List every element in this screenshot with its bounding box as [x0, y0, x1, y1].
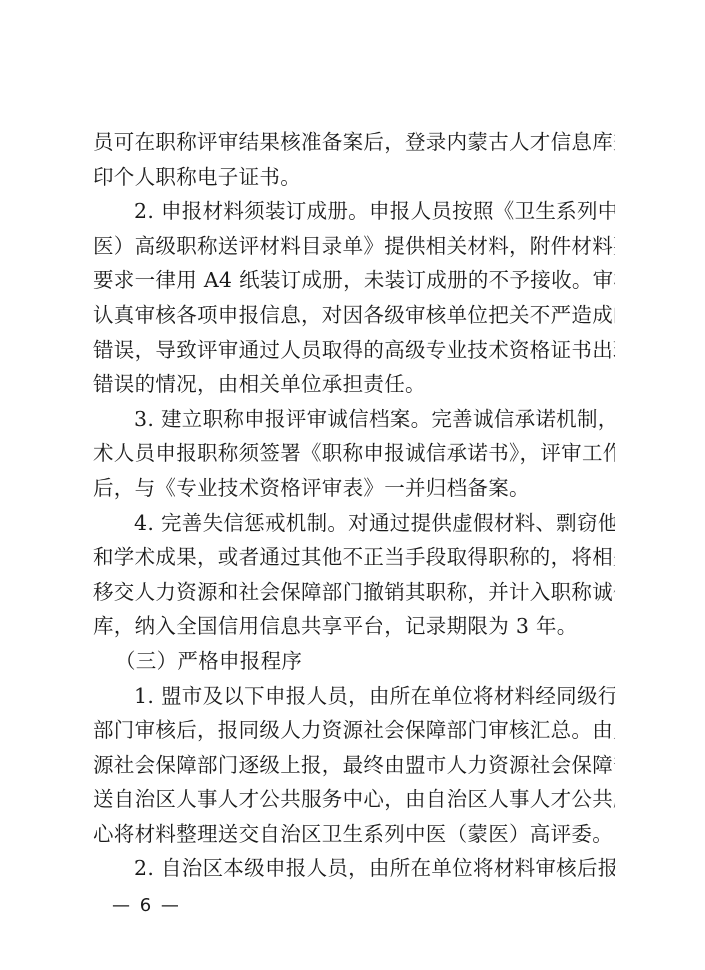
paragraph-line: 心将材料整理送交自治区卫生系列中医（蒙医）高评委。	[93, 817, 615, 852]
paragraph-line: 错误，导致评审通过人员取得的高级专业技术资格证书出现信息	[93, 333, 615, 368]
paragraph-line: 要求一律用 A4 纸装订成册，未装订成册的不予接收。审核单位需	[93, 263, 615, 298]
paragraph-line: 员可在职称评审结果核准备案后，登录内蒙古人才信息库查询打	[93, 125, 615, 160]
paragraph-line: 认真审核各项申报信息，对因各级审核单位把关不严造成的信息	[93, 298, 615, 333]
paragraph-line: 错误的情况，由相关单位承担责任。	[93, 367, 615, 402]
document-page: 员可在职称评审结果核准备案后，登录内蒙古人才信息库查询打 印个人职称电子证书。 …	[93, 125, 615, 886]
paragraph-line: 3. 建立职称申报评审诚信档案。完善诚信承诺机制，专业技	[93, 402, 615, 437]
paragraph-line: 源社会保障部门逐级上报，最终由盟市人力资源社会保障部门报	[93, 748, 615, 783]
paragraph-line: 移交人力资源和社会保障部门撤销其职称，并计入职称诚信档案	[93, 575, 615, 610]
paragraph-line: 后，与《专业技术资格评审表》一并归档备案。	[93, 471, 615, 506]
paragraph-line: 2. 申报材料须装订成册。申报人员按照《卫生系列中医（蒙	[93, 194, 615, 229]
page-number: — 6 —	[112, 895, 181, 916]
paragraph-line: 印个人职称电子证书。	[93, 160, 615, 195]
paragraph-line: 库，纳入全国信用信息共享平台，记录期限为 3 年。	[93, 609, 615, 644]
paragraph-line: 术人员申报职称须签署《职称申报诚信承诺书》，评审工作结束	[93, 436, 615, 471]
paragraph-line: 2. 自治区本级申报人员，由所在单位将材料审核后报送行业	[93, 851, 615, 886]
paragraph-line: 和学术成果，或者通过其他不正当手段取得职称的，将相关材料	[93, 540, 615, 575]
paragraph-line: 4. 完善失信惩戒机制。对通过提供虚假材料、剽窃他人作品	[93, 506, 615, 541]
paragraph-line: 医）高级职称送评材料目录单》提供相关材料，附件材料要按照	[93, 229, 615, 264]
paragraph-line: 部门审核后，报同级人力资源社会保障部门审核汇总。由人力资	[93, 713, 615, 748]
paragraph-line: 1. 盟市及以下申报人员，由所在单位将材料经同级行业主管	[93, 679, 615, 714]
paragraph-line: 送自治区人事人才公共服务中心，由自治区人事人才公共服务中	[93, 782, 615, 817]
section-heading: （三）严格申报程序	[93, 644, 615, 679]
